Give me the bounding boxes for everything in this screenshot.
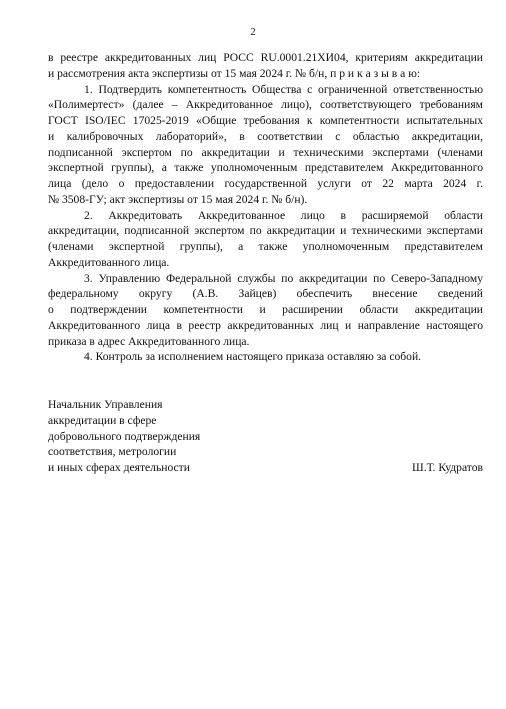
signatory-position-line: Начальник Управления (48, 397, 483, 413)
text-line: подписанной экспертом по аккредитации и … (48, 145, 483, 161)
text-line: лица (дело о предоставлении государствен… (48, 176, 483, 192)
signature-block: Начальник Управления аккредитации в сфер… (48, 397, 483, 476)
text-line: 1. Подтвердить компетентность Общества с… (48, 82, 483, 98)
paragraph-item-3: 3. Управлению Федеральной службы по аккр… (48, 271, 483, 350)
page-number: 2 (0, 27, 506, 38)
text-line: ГОСТ ISO/IEC 17025-2019 «Общие требовани… (48, 113, 483, 129)
text-line: № 3508-ГУ; акт экспертизы от 15 мая 2024… (48, 192, 483, 208)
paragraph-item-2: 2. Аккредитовать Аккредитованное лицо в … (48, 208, 483, 271)
text-line: Аккредитованного лица в реестр аккредито… (48, 318, 483, 334)
text-line: 3. Управлению Федеральной службы по аккр… (48, 271, 483, 287)
document-body: в реестре аккредитованных лиц РОСС RU.00… (48, 50, 483, 365)
text-line: «Полимертест» (далее – Аккредитованное л… (48, 97, 483, 113)
text-line: федеральному округу (А.В. Зайцев) обеспе… (48, 286, 483, 302)
text-line: и рассмотрения акта экспертизы от 15 мая… (48, 66, 483, 82)
signatory-position-line: соответствия, метрологии (48, 444, 483, 460)
text-line: экспертной группы), а также уполномоченн… (48, 160, 483, 176)
text-line: Аккредитованного лица. (48, 255, 483, 271)
text-line: в реестре аккредитованных лиц РОСС RU.00… (48, 50, 483, 66)
text-line: и калибровочных лабораторий», в соответс… (48, 129, 483, 145)
text-line: приказа в адрес Аккредитованного лица. (48, 334, 483, 350)
paragraph-item-1: 1. Подтвердить компетентность Общества с… (48, 82, 483, 208)
text-line: аккредитации, подписанной экспертом по а… (48, 223, 483, 239)
text-line: 2. Аккредитовать Аккредитованное лицо в … (48, 208, 483, 224)
signatory-name: Ш.Т. Кудратов (412, 460, 483, 476)
text-line: (членами экспертной группы), а также упо… (48, 239, 483, 255)
paragraph-item-4: 4. Контроль за исполнением настоящего пр… (48, 349, 483, 365)
text-line: о подтверждении компетентности и расшире… (48, 302, 483, 318)
signatory-position-line: аккредитации в сфере (48, 413, 483, 429)
text-line: 4. Контроль за исполнением настоящего пр… (48, 349, 483, 365)
signatory-position-line: добровольного подтверждения (48, 429, 483, 445)
paragraph-intro: в реестре аккредитованных лиц РОСС RU.00… (48, 50, 483, 82)
signatory-position-line: и иных сферах деятельности (48, 460, 190, 476)
